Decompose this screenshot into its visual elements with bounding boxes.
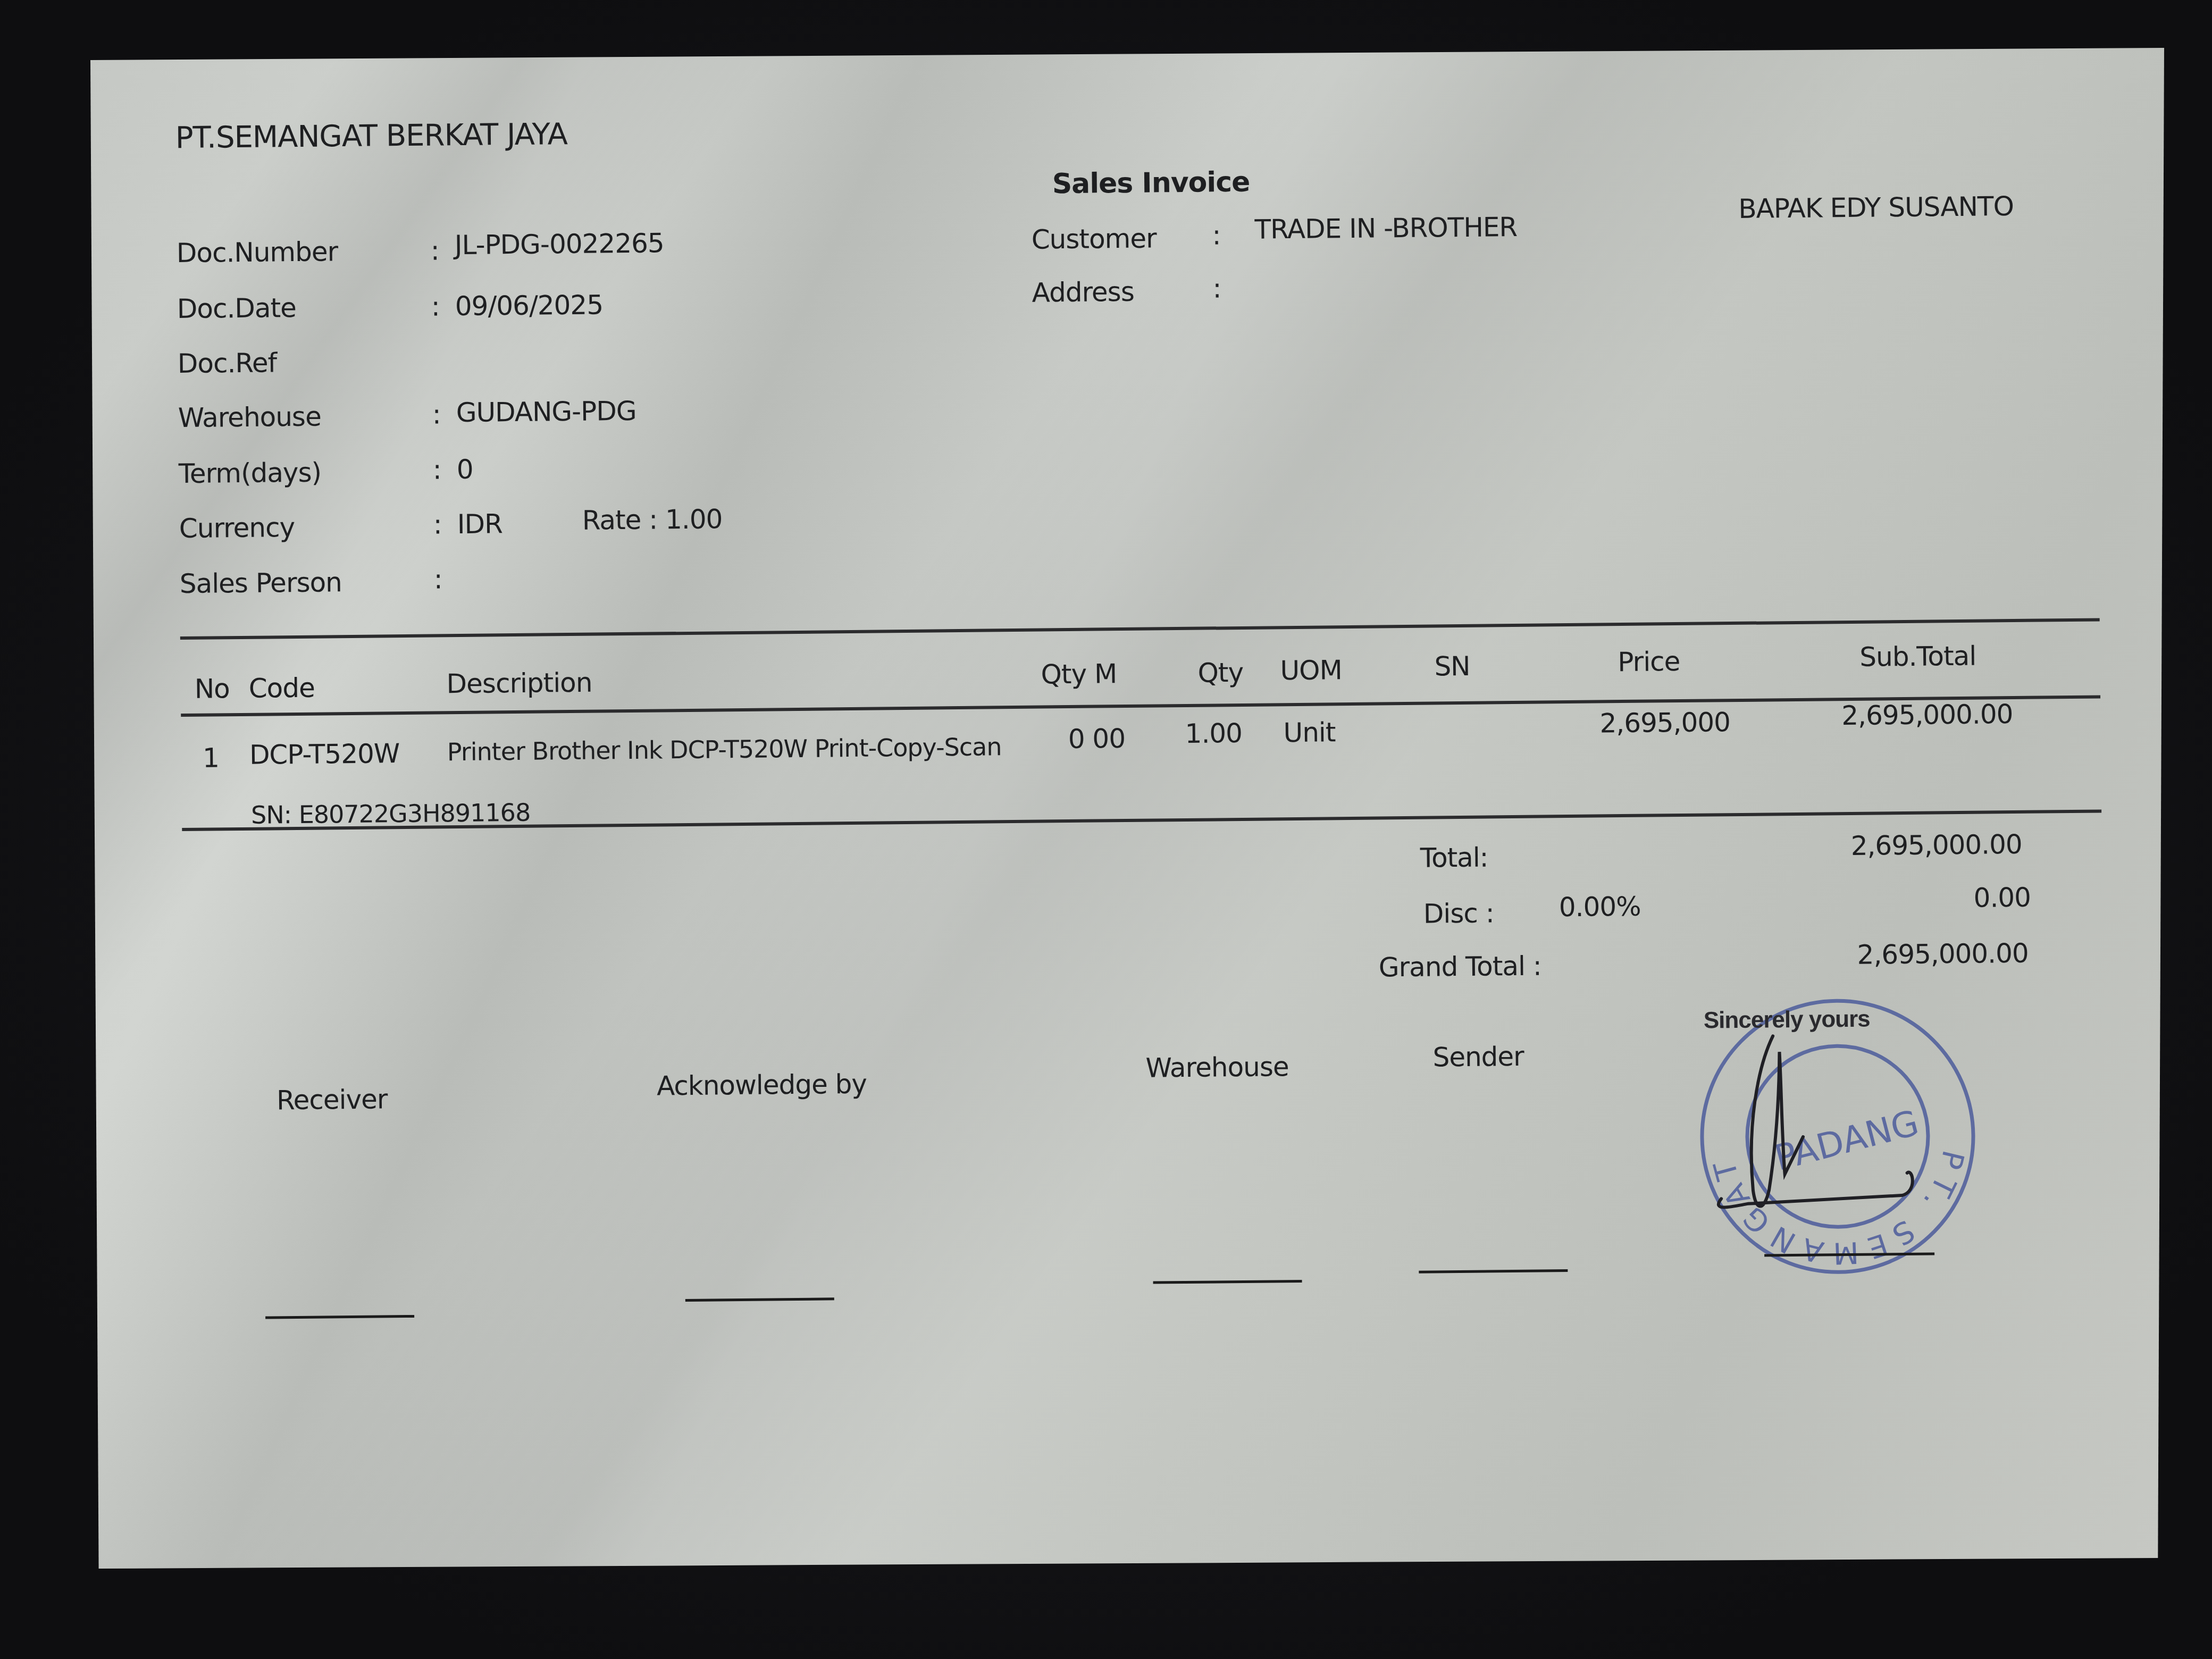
- col-header-uom: UOM: [1280, 655, 1342, 686]
- col-header-qty: Qty: [1197, 657, 1243, 689]
- photo-background: PT.SEMANGAT BERKAT JAYA Sales Invoice Do…: [0, 0, 2212, 1659]
- signature-receiver-line: [265, 1315, 414, 1319]
- doc-date-colon: :: [431, 291, 440, 322]
- col-header-no: No: [194, 673, 230, 705]
- customer-label: Customer: [1031, 223, 1156, 255]
- invoice-paper: PT.SEMANGAT BERKAT JAYA Sales Invoice Do…: [90, 48, 2164, 1569]
- customer-value: TRADE IN -BROTHER: [1254, 212, 1517, 245]
- grand-total-value: 2,695,000.00: [1857, 938, 2029, 970]
- row-qty: 1.00: [1185, 718, 1242, 749]
- col-header-qty-m: Qty M: [1041, 658, 1117, 690]
- row-price: 2,695,000: [1599, 707, 1730, 739]
- term-colon: :: [433, 454, 441, 485]
- col-header-subtotal: Sub.Total: [1859, 641, 1976, 673]
- document-title: Sales Invoice: [1052, 166, 1250, 200]
- warehouse-label: Warehouse: [178, 401, 321, 434]
- doc-date-label: Doc.Date: [177, 292, 297, 324]
- company-name: PT.SEMANGAT BERKAT JAYA: [175, 117, 568, 155]
- signature-sender-label: Sender: [1432, 1041, 1524, 1073]
- currency-colon: :: [433, 509, 442, 540]
- warehouse-value: GUDANG-PDG: [456, 396, 636, 428]
- row-code: DCP-T520W: [249, 738, 400, 770]
- customer-contact-name: BAPAK EDY SUSANTO: [1738, 191, 2014, 224]
- doc-number-label: Doc.Number: [177, 236, 338, 269]
- signature-warehouse-label: Warehouse: [1145, 1051, 1288, 1084]
- sales-person-colon: :: [434, 564, 442, 594]
- total-value: 2,695,000.00: [1850, 829, 2022, 861]
- doc-number-value: JL-PDG-0022265: [454, 228, 664, 261]
- row-qty-m: 0 00: [1068, 723, 1125, 755]
- doc-ref-label: Doc.Ref: [178, 347, 277, 379]
- term-value: 0: [457, 454, 473, 485]
- signature-receiver-label: Receiver: [276, 1084, 388, 1116]
- row-no: 1: [203, 742, 219, 773]
- rate-value: Rate : 1.00: [582, 504, 722, 536]
- address-label: Address: [1032, 276, 1134, 308]
- col-header-price: Price: [1618, 646, 1680, 677]
- svg-text:PADANG: PADANG: [1771, 1102, 1923, 1179]
- currency-label: Currency: [179, 512, 295, 544]
- customer-colon: :: [1212, 220, 1220, 250]
- warehouse-colon: :: [432, 399, 441, 430]
- doc-number-colon: :: [431, 235, 439, 266]
- table-top-rule: [180, 618, 2100, 640]
- grand-total-label: Grand Total :: [1379, 951, 1541, 983]
- sincerely-yours-label: Sincerely yours: [1704, 1006, 1870, 1034]
- disc-percent: 0.00%: [1559, 891, 1641, 923]
- row-uom: Unit: [1283, 717, 1335, 748]
- signature-sender-line: [1419, 1269, 1568, 1273]
- doc-date-value: 09/06/2025: [455, 289, 604, 322]
- term-label: Term(days): [179, 457, 322, 490]
- col-header-description: Description: [446, 667, 592, 700]
- signature-acknowledge-line: [685, 1297, 834, 1302]
- signature-acknowledge-label: Acknowledge by: [657, 1069, 867, 1102]
- sales-person-label: Sales Person: [180, 567, 342, 599]
- col-header-sn: SN: [1434, 651, 1470, 682]
- disc-value: 0.00: [1973, 882, 2031, 914]
- col-header-code: Code: [248, 673, 315, 704]
- table-row: 1 DCP-T520W Printer Brother Ink DCP-T520…: [83, 38, 2157, 57]
- currency-value: IDR: [457, 508, 503, 540]
- row-description: Printer Brother Ink DCP-T520W Print-Copy…: [447, 732, 1002, 766]
- signature-warehouse-line: [1153, 1280, 1302, 1284]
- address-colon: :: [1212, 273, 1221, 304]
- disc-label: Disc :: [1423, 898, 1494, 929]
- row-subtotal: 2,695,000.00: [1841, 699, 2013, 731]
- total-label: Total:: [1420, 842, 1488, 873]
